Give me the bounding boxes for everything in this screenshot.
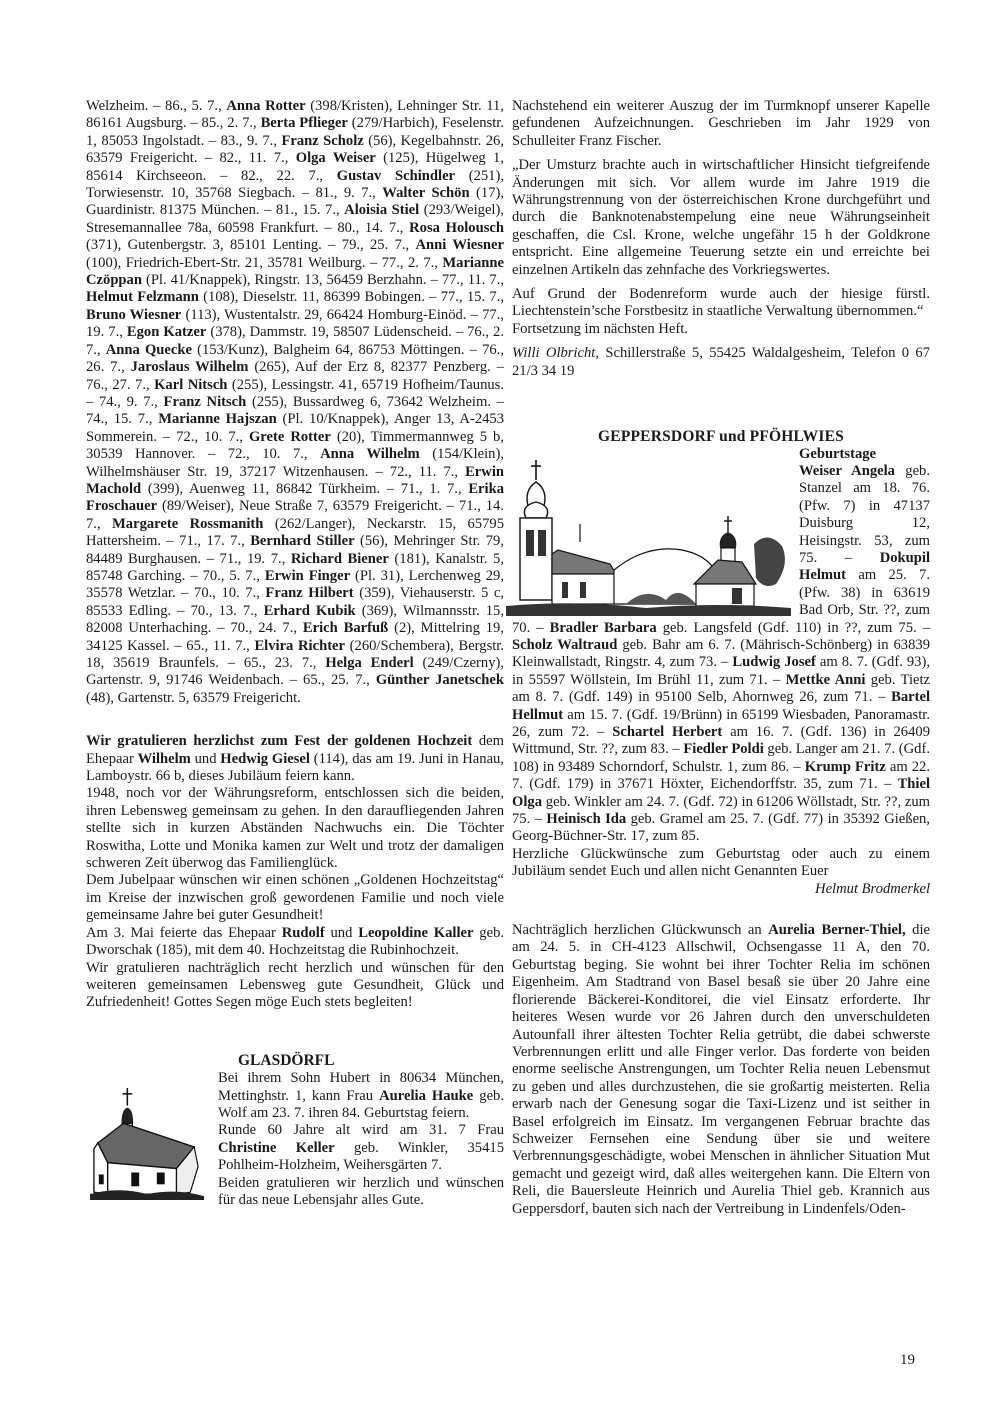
geppersdorf-section: GEPPERSDORF und PFÖHLWIES — [512, 428, 930, 898]
name-highlight: Schartel Herbert — [612, 724, 722, 740]
golden-wedding-wishes: Dem Jubelpaar wünschen wir einen schönen… — [86, 872, 504, 924]
geppersdorf-title: GEPPERSDORF und PFÖHLWIES — [512, 428, 930, 445]
continued-note: Fortsetzung im nächsten Heft. — [512, 321, 930, 338]
name-highlight: Franz Nitsch — [164, 394, 247, 410]
name-highlight: Leopoldine Kaller — [358, 925, 473, 941]
aurelia-article: Nachträglich herzlichen Glückwunsch an A… — [512, 922, 930, 1218]
author-name: Willi Olbricht — [512, 345, 595, 361]
geppersdorf-signature: Helmut Brodmerkel — [512, 881, 930, 898]
name-highlight: Heinisch Ida — [546, 811, 626, 827]
name-highlight: Jaroslaus Wilhelm — [131, 359, 249, 375]
name-highlight: Ludwig Josef — [732, 654, 816, 670]
name-highlight: Rudolf — [282, 925, 325, 941]
name-highlight: Thiel Olga — [512, 776, 930, 809]
name-highlight: Elvira Richter — [254, 638, 345, 654]
golden-wedding-story: 1948, noch vor der Währungsreform, entsc… — [86, 785, 504, 872]
name-highlight: Fiedler Poldi — [683, 741, 763, 757]
name-highlight: Mettke Anni — [786, 672, 866, 688]
name-highlight: Marianne Hajszan — [158, 411, 277, 427]
chronicle-intro: Nachstehend ein weiterer Auszug der im T… — [512, 98, 930, 150]
page-number: 19 — [900, 1352, 915, 1369]
glasdoerfl-section: GLASDÖRFL Bei ihrem Sohn Hubert in 80634… — [86, 1052, 504, 1210]
name-highlight: Krump Fritz — [805, 759, 886, 775]
name-highlight: Walter Schön — [382, 185, 469, 201]
name-highlight: Rosa Holousch — [409, 220, 504, 236]
golden-wedding-paragraph: Wir gratulieren herzlichst zum Fest der … — [86, 733, 504, 785]
name-highlight: Scholz Waltraud — [512, 637, 617, 653]
name-highlight: Doku­pil Helmut — [799, 550, 930, 583]
name-highlight: Günther Janetschek — [376, 672, 504, 688]
name-highlight: Christine Keller — [218, 1140, 335, 1156]
name-highlight: Anna Quecke — [106, 342, 192, 358]
village-churches-illustration-icon — [506, 454, 791, 616]
chronicle-quote-1: „Der Umsturz brachte auch in wirtschaftl… — [512, 157, 930, 279]
name-highlight: Aurelia Berner-Thiel, — [768, 922, 905, 938]
birthday-list: Welzheim. – 86., 5. 7., Anna Rotter (398… — [86, 98, 504, 707]
left-column: Welzheim. – 86., 5. 7., Anna Rotter (398… — [86, 98, 504, 1209]
name-highlight: Bruno Wiesner — [86, 307, 181, 323]
name-highlight: Franz Scholz — [281, 133, 363, 149]
name-highlight: Hedwig Giesel — [220, 751, 310, 767]
name-highlight: Franz Hil­bert — [265, 585, 353, 601]
name-highlight: Weiser Angela — [799, 463, 895, 479]
chapel-illustration-icon — [88, 1084, 206, 1202]
name-highlight: Erich Barfuß — [303, 620, 388, 636]
ruby-wedding-wishes: Wir gratulieren nachträglich recht herzl… — [86, 960, 504, 1012]
author-line: Willi Olbricht, Schillerstraße 5, 55425 … — [512, 345, 930, 380]
name-highlight: Erika Froschauer — [86, 481, 504, 514]
name-highlight: Gu­stav Schindler — [337, 168, 455, 184]
glasdoerfl-title: GLASDÖRFL — [238, 1052, 504, 1069]
name-highlight: Bartel Hellmut — [512, 689, 930, 722]
name-highlight: Erwin Finger — [265, 568, 350, 584]
name-highlight: Egon Katzer — [127, 324, 206, 340]
name-highlight: Grete Rotter — [249, 429, 331, 445]
name-highlight: Aurelia Hauke — [379, 1088, 473, 1104]
ruby-wedding-paragraph: Am 3. Mai feierte das Ehepaar Rudolf und… — [86, 925, 504, 960]
name-highlight: Anna Rotter — [226, 98, 305, 114]
name-highlight: Bernhard Stiller — [250, 533, 354, 549]
name-highlight: Berta Pflieger — [261, 115, 348, 131]
name-highlight: Bradler Barbara — [550, 620, 657, 636]
name-highlight: Wilhelm — [138, 751, 191, 767]
name-highlight: Erwin Machold — [86, 464, 504, 497]
right-column: Nachstehend ein weiterer Auszug der im T… — [512, 98, 930, 1218]
name-highlight: Helmut Felzmann — [86, 289, 199, 305]
name-highlight: Olga Weiser — [296, 150, 376, 166]
name-highlight: Anni Wiesner — [416, 237, 505, 253]
name-highlight: Karl Nitsch — [154, 377, 227, 393]
name-highlight: Richard Biener — [291, 551, 389, 567]
name-highlight: Margarete Rossmanith — [112, 516, 263, 532]
name-highlight: Marianne Czöppan — [86, 255, 504, 288]
name-highlight: Aloisia Stiel — [344, 202, 419, 218]
name-highlight: Helga Enderl — [325, 655, 413, 671]
golden-wedding-heading: Wir gratulieren herzlichst zum Fest der … — [86, 733, 472, 749]
chronicle-quote-2: Auf Grund der Bodenreform wurde auch der… — [512, 286, 930, 321]
geppersdorf-greeting: Herzliche Glückwünsche zum Geburtstag od… — [512, 846, 930, 881]
name-highlight: Anna Wilhelm — [320, 446, 420, 462]
name-highlight: Erhard Kubik — [264, 603, 356, 619]
